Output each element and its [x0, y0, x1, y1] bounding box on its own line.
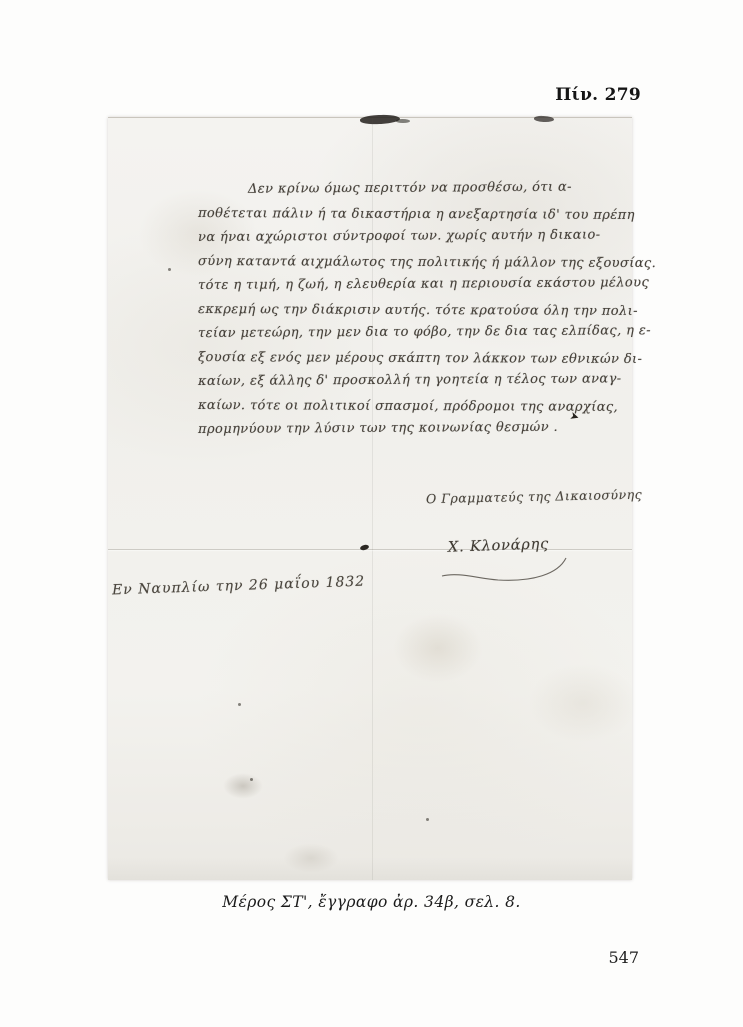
book-page: Πίν. 279 Δεν κρίνω όμως περιττόν να προσ… [0, 0, 743, 1027]
paper-stain [283, 843, 339, 873]
plate-label: Πίν. 279 [555, 85, 641, 105]
manuscript-photo: Δεν κρίνω όμως περιττόν να προσθέσω, ότι… [108, 117, 632, 880]
ink-blot [360, 114, 400, 125]
paper-speck [250, 778, 253, 781]
manuscript-body: Δεν κρίνω όμως περιττόν να προσθέσω, ότι… [198, 178, 634, 442]
paper-speck [426, 818, 429, 821]
manuscript-line: τείαν μετεώρη, την μεν δια το φόβο, την … [198, 319, 634, 346]
signature-flourish [438, 556, 573, 584]
figure-caption: Μέρος ΣΤ', ἔγγραφο ἀρ. 34β, σελ. 8. [0, 893, 743, 911]
ink-blot [534, 116, 554, 123]
signature-name: Χ. Κλονάρης [448, 536, 550, 556]
paper-stain [528, 663, 638, 743]
paper-fold-line [108, 549, 632, 550]
manuscript-line: καίων, εξ άλλης δ' προσκολλή τη γοητεία … [198, 367, 634, 394]
manuscript-line: να ήναι αχώριστοι σύντροφοί των. χωρίς α… [198, 223, 634, 250]
paper-speck [238, 703, 241, 706]
paper-stain [393, 613, 483, 683]
page-number: 547 [608, 948, 639, 967]
ink-blot [360, 544, 370, 551]
date-line: Εν Ναυπλίω την 26 μαΐου 1832 [112, 574, 366, 599]
signature-title: Ο Γραμματεύς της Δικαιοσύνης [426, 487, 636, 506]
ink-blot [396, 119, 410, 123]
paper-speck [168, 268, 171, 271]
paper-stain [223, 773, 263, 799]
manuscript-line: τότε η τιμή, η ζωή, η ελευθερία και η πε… [198, 271, 634, 298]
manuscript-line: Δεν κρίνω όμως περιττόν να προσθέσω, ότι… [198, 175, 634, 202]
